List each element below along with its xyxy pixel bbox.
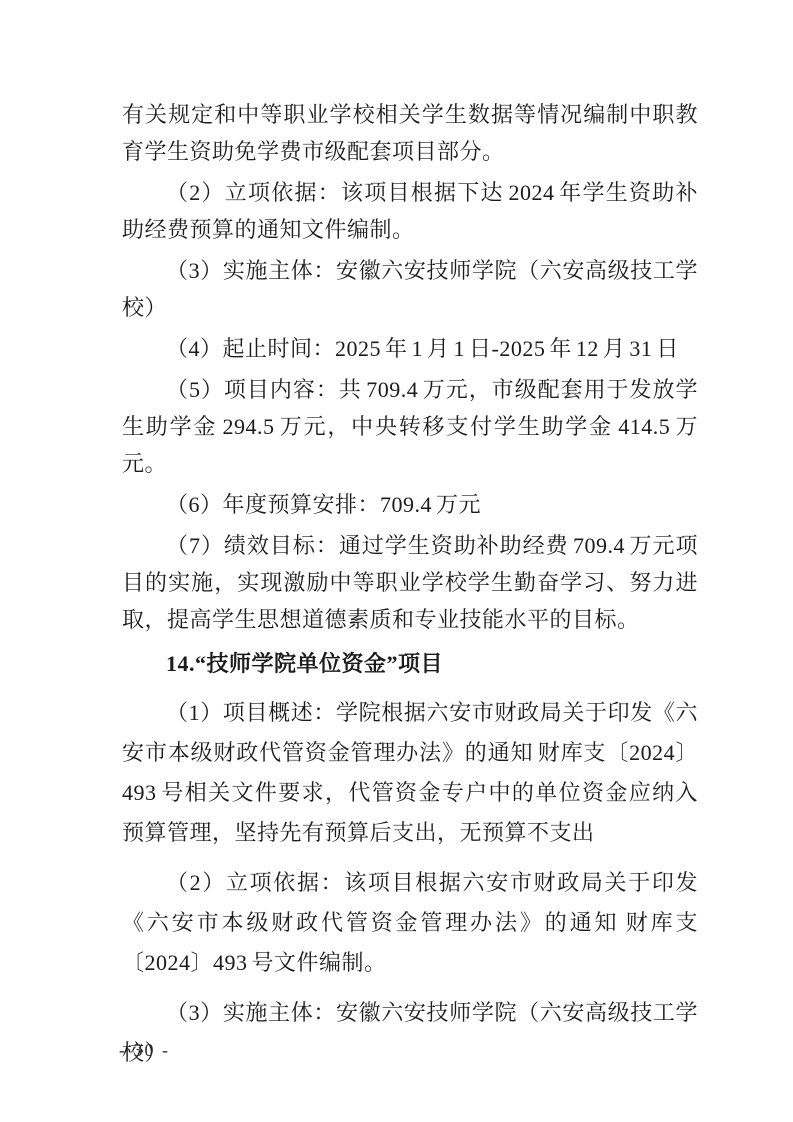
paragraph-implementing-body-2: （3）实施主体：安徽六安技师学院（六安高级技工学校）	[122, 993, 698, 1073]
paragraph-implementing-body: （3）实施主体：安徽六安技师学院（六安高级技工学校）	[122, 252, 698, 326]
document-page: 有关规定和中等职业学校相关学生数据等情况编制中职教育学生资助免学费市级配套项目部…	[0, 0, 793, 1122]
paragraph-project-overview: （1）项目概述：学院根据六安市财政局关于印发《六安市本级财政代管资金管理办法》的…	[122, 693, 698, 853]
section-14-heading: 14.“技师学院单位资金”项目	[122, 644, 698, 683]
paragraph-continuation: 有关规定和中等职业学校相关学生数据等情况编制中职教育学生资助免学费市级配套项目部…	[122, 96, 698, 170]
paragraph-item-basis: （2）立项依据：该项目根据下达 2024 年学生资助补助经费预算的通知文件编制。	[122, 174, 698, 248]
paragraph-performance-goal: （7）绩效目标：通过学生资助补助经费 709.4 万元项目的实施，实现激励中等职…	[122, 527, 698, 638]
paragraph-project-content: （5）项目内容：共 709.4 万元，市级配套用于发放学生助学金 294.5 万…	[122, 371, 698, 482]
paragraph-time-range: （4）起止时间：2025 年 1 月 1 日-2025 年 12 月 31 日	[122, 330, 698, 367]
paragraph-annual-budget: （6）年度预算安排：709.4 万元	[122, 486, 698, 523]
page-number: - 30 -	[119, 1040, 170, 1061]
document-body: 有关规定和中等职业学校相关学生数据等情况编制中职教育学生资助免学费市级配套项目部…	[122, 96, 698, 1073]
paragraph-item-basis-2: （2）立项依据：该项目根据六安市财政局关于印发《六安市本级财政代管资金管理办法》…	[122, 863, 698, 983]
